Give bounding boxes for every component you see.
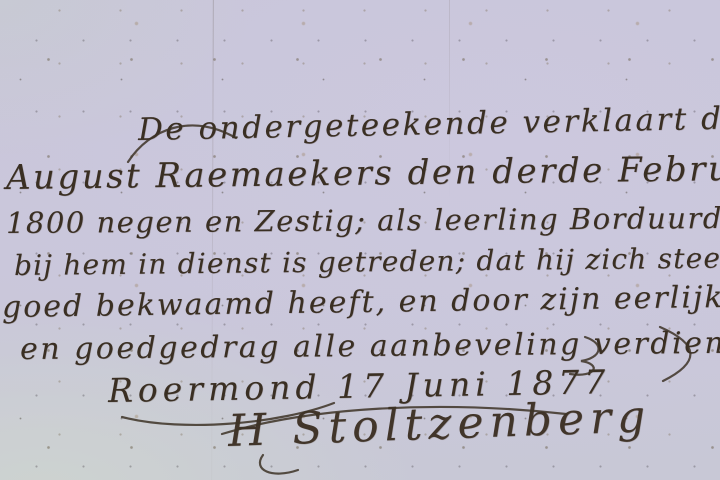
handwriting-line-3: 1800 negen en Zestig; als leerling Bordu… (6, 201, 720, 240)
handwriting-line-2: August Raemaekers den derde Februarij (6, 148, 720, 198)
handwritten-document-photo: De ondergeteekende verklaart dat August … (0, 0, 720, 480)
handwriting-line-6: en goedgedrag alle aanbeveling verdient (20, 326, 720, 367)
pen-flourish-signature-descender (260, 455, 298, 474)
handwriting-line-1: De ondergeteekende verklaart dat (138, 100, 720, 148)
handwriting-line-5: goed bekwaamd heeft, en door zijn eerlij… (2, 280, 720, 325)
handwriting-line-4: bij hem in dienst is getreden; dat hij z… (14, 241, 720, 282)
